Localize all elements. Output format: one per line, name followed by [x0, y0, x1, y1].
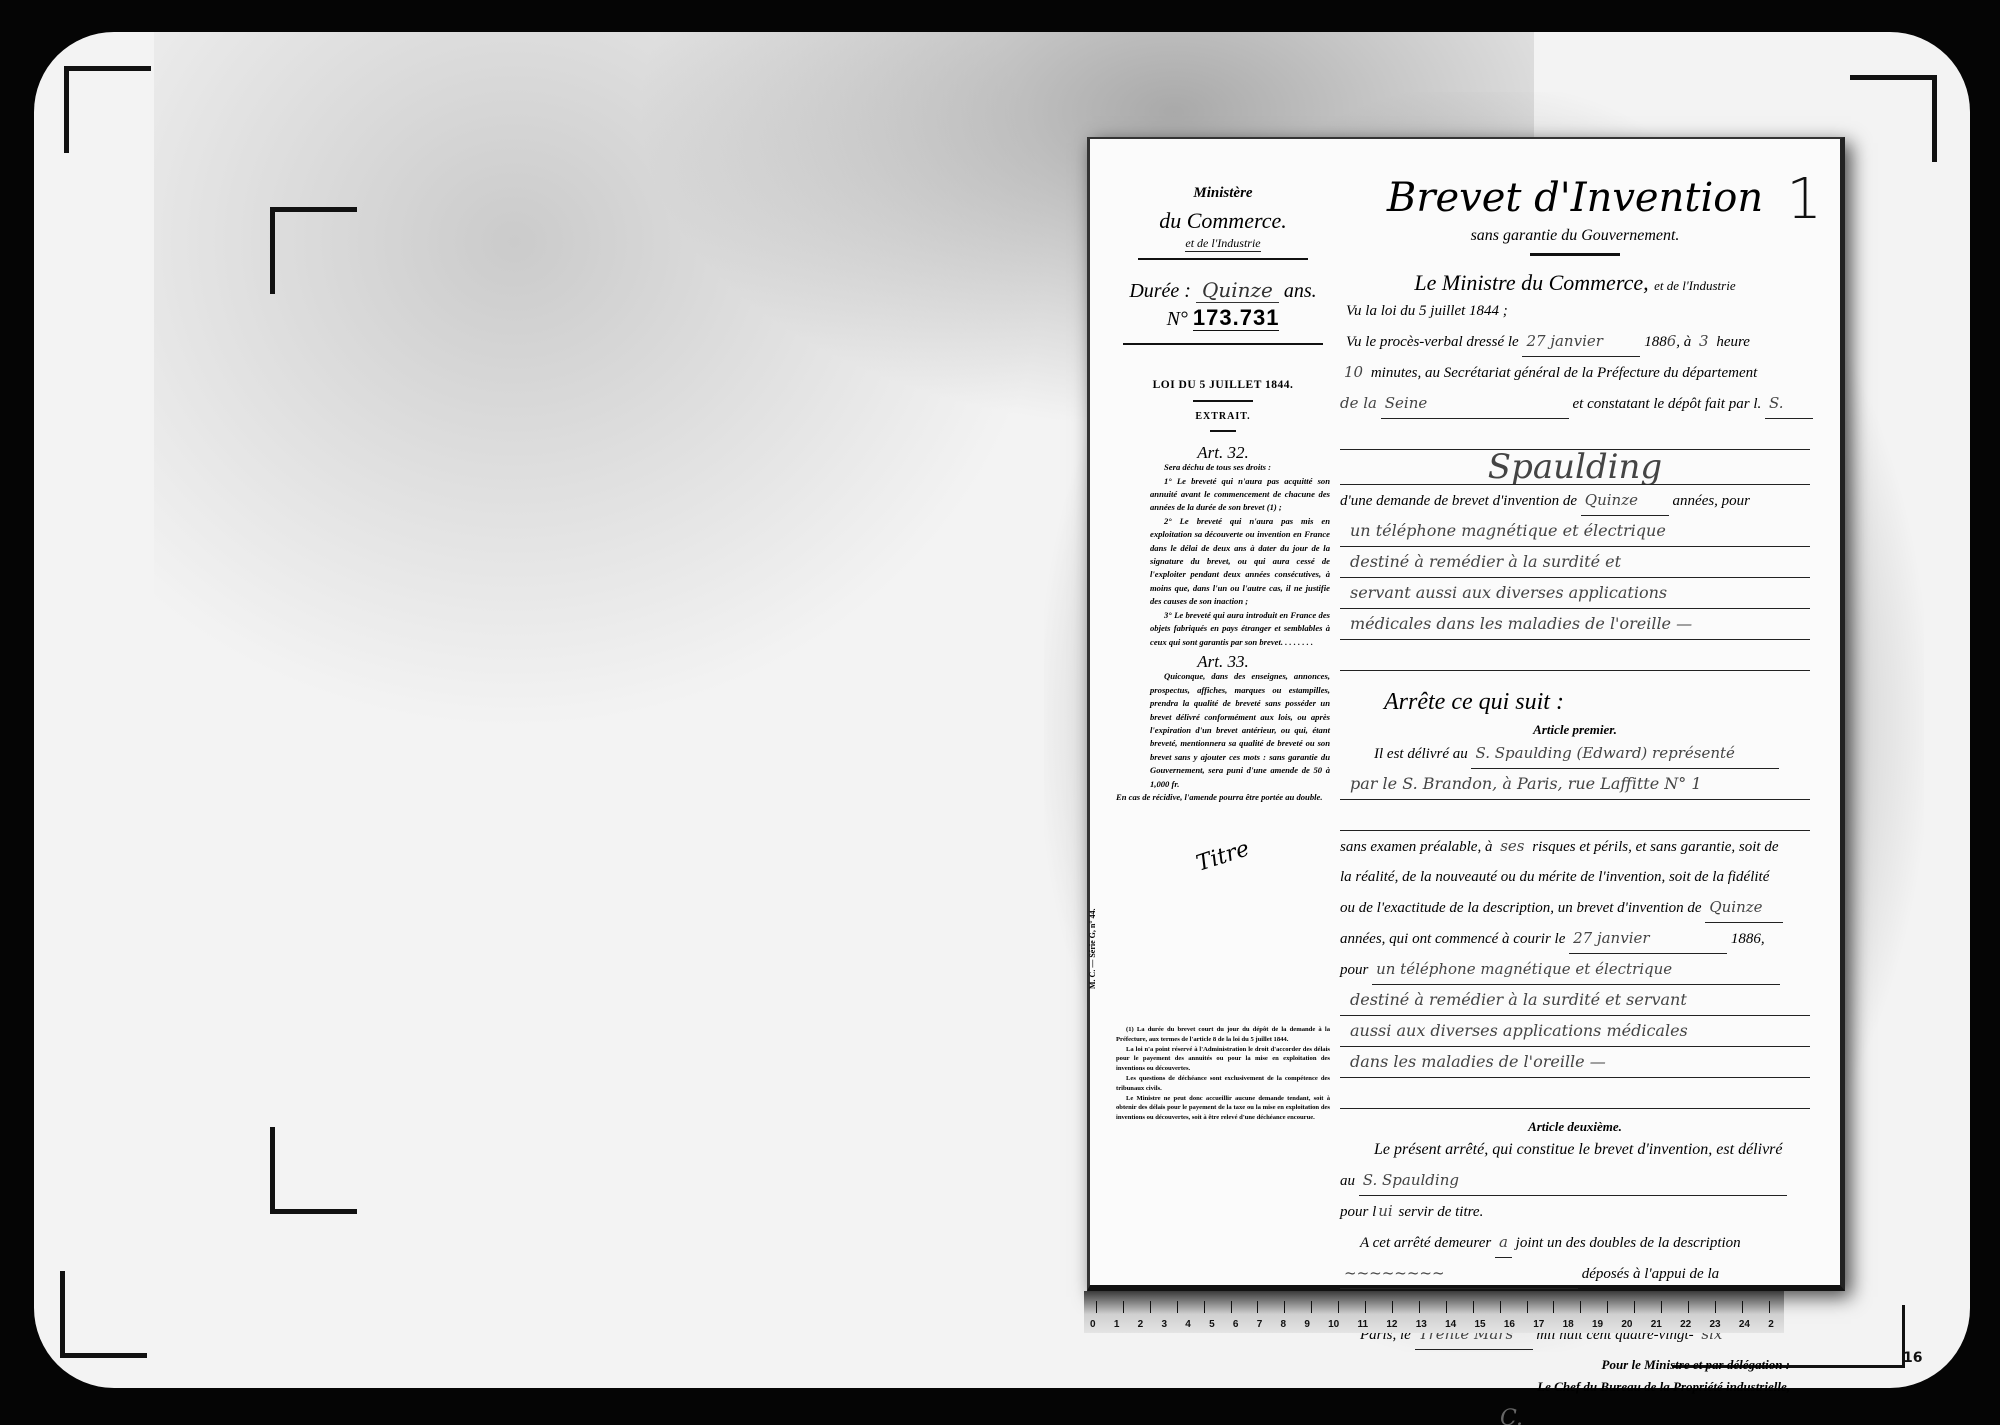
divider [1210, 430, 1236, 432]
article-32-para-1: 1° Le breveté qui n'aura pas acquitté so… [1116, 475, 1330, 515]
pour-ministre-label: Pour le Ministre et par délégation : [1340, 1354, 1790, 1376]
ruler-label: 21 [1651, 1319, 1662, 1330]
ruler-label: 19 [1592, 1319, 1603, 1330]
ruler-label: 24 [1739, 1319, 1750, 1330]
footnote-2: La loi n'a point réservé à l'Administrat… [1116, 1045, 1330, 1074]
crop-mark-outer-top-right [1850, 75, 1937, 162]
deposes-field: ~~~~~~~~ [1340, 1258, 1578, 1289]
ruler-label: 7 [1257, 1319, 1263, 1330]
text: risques et périls, et sans garantie, soi… [1532, 839, 1778, 855]
cet-arrete-line: A cet arrêté demeurer a joint un des dou… [1340, 1227, 1810, 1258]
duration-field: Durée : Quinze ans. [1118, 278, 1328, 303]
text: années, qui ont commencé à courir le [1340, 931, 1565, 947]
blank-line [1340, 419, 1810, 450]
article-2-grantee-line: au S. Spaulding [1340, 1165, 1810, 1196]
footnote-3: Les questions de déchéance sont exclusiv… [1116, 1074, 1330, 1094]
pv-hour-field: 3 [1695, 326, 1713, 356]
ruler-label: 20 [1621, 1319, 1632, 1330]
handwritten-titre-mark: Titre [1119, 818, 1327, 897]
article-33-title: Art. 33. [1116, 655, 1330, 668]
pv-minutes-field: 10 [1340, 357, 1367, 387]
blank-line [1340, 640, 1810, 671]
demeurer-field: a [1495, 1227, 1512, 1258]
ministry-header: Ministère du Commerce. et de l'Industrie… [1118, 185, 1328, 345]
arrete-heading: Arrête ce qui suit : [1384, 689, 1810, 716]
crop-mark-outer-top-left [64, 66, 151, 153]
text: un des doubles de la description [1547, 1235, 1741, 1251]
text: joint [1516, 1235, 1544, 1251]
proces-verbal-line: Vu le procès-verbal dressé le 27 janvier… [1340, 326, 1810, 357]
department-field: Seine [1381, 388, 1569, 419]
demande-duration-field: Quinze [1581, 485, 1669, 516]
divider [1138, 258, 1308, 260]
department-line: de la Seine et constatant le dépôt fait … [1340, 388, 1810, 419]
pv-date-field: 27 janvier [1522, 326, 1640, 357]
handwritten-paraphe: C. [1500, 1406, 1810, 1425]
article-2-title: Article deuxième. [1340, 1119, 1810, 1135]
grantee-field: S. Spaulding (Edward) représenté [1471, 738, 1779, 769]
text: servir de titre. [1398, 1204, 1483, 1220]
ruler-label: 18 [1563, 1319, 1574, 1330]
divider [1193, 400, 1253, 402]
text: Il est délivré au [1374, 746, 1468, 762]
applicant-name-field: Spaulding [1340, 450, 1810, 485]
ruler-label: 3 [1161, 1319, 1167, 1330]
sheet-number: 16 [1903, 1350, 1922, 1366]
article-32-para-2: 2° Le breveté qui n'aura pas mis en expl… [1116, 515, 1330, 609]
minister-label: Le Ministre du Commerce, [1414, 270, 1648, 295]
text: A cet arrêté demeurer [1360, 1235, 1491, 1251]
footnote-4: Le Ministre ne peut donc accueillir aucu… [1116, 1094, 1330, 1123]
demande-line: d'une demande de brevet d'invention de Q… [1340, 485, 1810, 516]
ruler-label: 4 [1185, 1319, 1191, 1330]
invention-description-field: un téléphone magnétique et électrique [1372, 954, 1780, 985]
sans-examen-line-3: ou de l'exactitude de la description, un… [1340, 892, 1810, 923]
document-subtitle: sans garantie du Gouvernement. [1340, 227, 1810, 245]
grantee-agent-line: par le S. Brandon, à Paris, rue Laffitte… [1340, 769, 1810, 800]
ruler-ticks [1096, 1301, 1770, 1317]
ruler-label: 17 [1533, 1319, 1544, 1330]
text: , à [1676, 334, 1691, 350]
ruler-label: 14 [1445, 1319, 1456, 1330]
document-title: Brevet d'Invention [1340, 175, 1810, 221]
article-33-para-1: Quiconque, dans des enseignes, annonces,… [1116, 670, 1330, 791]
sans-examen-line-1: sans examen préalable, à ses risques et … [1340, 831, 1810, 862]
minutes-line: 10 minutes, au Secrétariat général de la… [1340, 357, 1810, 388]
ruler-label: 6 [1233, 1319, 1239, 1330]
duration-label: Durée : [1129, 280, 1191, 302]
ruler-label: 12 [1386, 1319, 1397, 1330]
text: pour [1340, 962, 1368, 978]
ruler-label: 13 [1416, 1319, 1427, 1330]
text: Vu le procès-verbal dressé le [1346, 334, 1519, 350]
measurement-ruler: 0 1 2 3 4 5 6 7 8 9 10 11 12 13 14 15 16… [1084, 1291, 1784, 1333]
text: et constatant le dépôt fait par l. [1573, 396, 1762, 412]
footnote: (1) La durée du brevet court du jour du … [1116, 1025, 1330, 1123]
invention-title-line: destiné à remédier à la surdité et [1340, 547, 1810, 578]
risk-field: ses [1496, 831, 1528, 861]
servir-field: ui [1376, 1196, 1394, 1226]
patent-number-label: N° [1167, 308, 1188, 330]
patent-number-value: 173.731 [1193, 305, 1280, 331]
article-32-para-3: 3° Le breveté qui aura introduit en Fran… [1116, 609, 1330, 649]
patent-duration-field: Quinze [1705, 892, 1783, 923]
article-32-title: Art. 32. [1116, 446, 1330, 459]
divider [1123, 343, 1323, 345]
form-series-label: M. C. — Série G, n° 44. [1088, 908, 1097, 989]
invention-description-line: aussi aux diverses applications médicale… [1340, 1016, 1810, 1047]
minister-industrie-label: et de l'Industrie [1654, 278, 1736, 293]
industrie-label: et de l'Industrie [1185, 236, 1260, 252]
signature-block: Pour le Ministre et par délégation : Le … [1340, 1354, 1810, 1398]
sans-examen-line-2: la réalité, de la nouveauté ou du mérite… [1340, 862, 1810, 892]
law-title: LOI DU 5 JUILLET 1844. [1116, 379, 1330, 392]
duration-unit: ans. [1284, 280, 1317, 302]
patent-document-page: 1 Ministère du Commerce. et de l'Industr… [1087, 137, 1845, 1291]
crop-mark-inner-bottom-left [270, 1127, 357, 1214]
ruler-label: 0 [1090, 1319, 1096, 1330]
text: sans examen préalable, à [1340, 839, 1492, 855]
article-2-grantee-field: S. Spaulding [1359, 1165, 1787, 1196]
article-2-text: Le présent arrêté, qui constitue le brev… [1340, 1135, 1810, 1165]
ruler-label: 2 [1138, 1319, 1144, 1330]
ministry-label: Ministère [1118, 185, 1328, 202]
crop-mark-inner-top-left [270, 207, 357, 294]
ruler-label: 22 [1680, 1319, 1691, 1330]
text: d'une demande de brevet d'invention de [1340, 493, 1577, 509]
invention-title-line: un téléphone magnétique et électrique [1340, 516, 1810, 547]
divider [1530, 253, 1620, 256]
ruler-label: 11 [1358, 1319, 1369, 1330]
annees-line: années, qui ont commencé à courir le 27 … [1340, 923, 1810, 954]
depositor-title-field: S. [1765, 388, 1813, 419]
ruler-label: 2 [1768, 1319, 1774, 1330]
duration-value: Quinze [1196, 278, 1279, 303]
text: années, pour [1673, 493, 1751, 509]
crop-mark-outer-bottom-left [60, 1271, 147, 1358]
ruler-label: 15 [1474, 1319, 1485, 1330]
text: de la [1340, 388, 1377, 418]
ruler-label: 1 [1114, 1319, 1120, 1330]
extract-label: EXTRAIT. [1116, 410, 1330, 423]
article-32-intro: Sera déchu de tous ses droits : [1116, 461, 1330, 474]
text: heure [1716, 334, 1750, 350]
ruler-label: 5 [1209, 1319, 1215, 1330]
commerce-label: du Commerce. [1118, 208, 1328, 234]
text: 188 [1644, 334, 1667, 350]
start-year: 1886, [1731, 931, 1765, 947]
article-33-para-2: En cas de récidive, l'amende pourra être… [1116, 791, 1330, 804]
ruler-label: 10 [1328, 1319, 1339, 1330]
invention-description-line: destiné à remédier à la surdité et serva… [1340, 985, 1810, 1016]
ruler-label: 9 [1304, 1319, 1310, 1330]
invention-title-line: médicales dans les maladies de l'oreille… [1340, 609, 1810, 640]
invention-description-line: dans les maladies de l'oreille — [1340, 1047, 1810, 1078]
text: au [1340, 1173, 1355, 1189]
blank-line [1340, 800, 1810, 831]
footnote-1: (1) La durée du brevet court du jour du … [1116, 1025, 1330, 1045]
invention-title-line: servant aussi aux diverses applications [1340, 578, 1810, 609]
deposes-line: ~~~~~~~~ déposés à l'appui de la [1340, 1258, 1810, 1289]
ruler-label: 23 [1709, 1319, 1720, 1330]
ruler-label: 16 [1504, 1319, 1515, 1330]
blank-line [1340, 1078, 1810, 1109]
vu-loi-line: Vu la loi du 5 juillet 1844 ; [1340, 296, 1810, 326]
servir-line: pour lui servir de titre. [1340, 1196, 1810, 1227]
pour-line: pour un téléphone magnétique et électriq… [1340, 954, 1810, 985]
text: ou de l'exactitude de la description, un… [1340, 900, 1702, 916]
pv-year-field: 6 [1667, 326, 1677, 356]
patent-number-field: N° 173.731 [1118, 305, 1328, 331]
text: déposés à l'appui de la [1582, 1266, 1719, 1282]
ruler-labels: 0 1 2 3 4 5 6 7 8 9 10 11 12 13 14 15 16… [1090, 1319, 1774, 1330]
article-1-title: Article premier. [1340, 722, 1810, 738]
law-extract: LOI DU 5 JUILLET 1844. EXTRAIT. Art. 32.… [1116, 379, 1330, 864]
text: pour l [1340, 1204, 1376, 1220]
minister-heading: Le Ministre du Commerce, et de l'Industr… [1340, 270, 1810, 296]
ruler-label: 8 [1281, 1319, 1287, 1330]
delivre-line: Il est délivré au S. Spaulding (Edward) … [1340, 738, 1810, 769]
start-date-field: 27 janvier [1569, 923, 1727, 954]
text: minutes, au Secrétariat général de la Pr… [1371, 365, 1757, 381]
patent-body: Brevet d'Invention sans garantie du Gouv… [1340, 159, 1810, 1425]
chef-bureau-label: Le Chef du Bureau de la Propriété indust… [1340, 1376, 1790, 1398]
